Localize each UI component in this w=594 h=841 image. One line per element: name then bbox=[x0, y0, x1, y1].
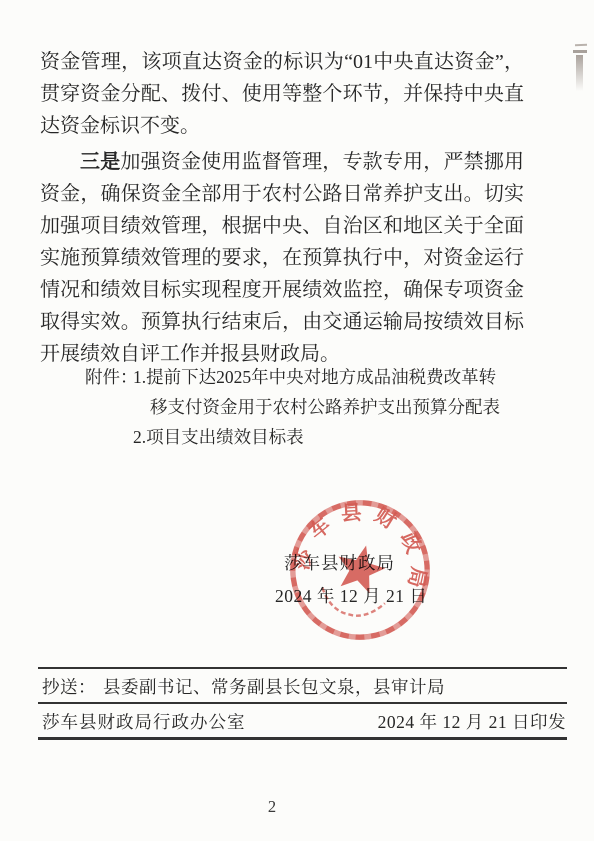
issuing-office: 莎车县财政局行政办公室 bbox=[42, 709, 246, 734]
paragraph-third-point: 三是加强资金使用监督管理，专款专用，严禁挪用资金，确保资金全部用于农村公路日常养… bbox=[40, 146, 524, 370]
seal-bottom-script bbox=[318, 588, 385, 623]
cc-recipients: 县委副书记、常务副县长包文泉，县审计局 bbox=[103, 677, 445, 697]
star-icon bbox=[332, 540, 390, 596]
paragraph-lead-in: 三是 bbox=[80, 151, 120, 173]
footer-rule-top bbox=[38, 667, 567, 669]
official-seal-graphic: 莎车县财政局 bbox=[272, 482, 449, 659]
attachments-list: 1.提前下达2025年中央对地方成品油税费改革转 移支付资金用于农村公路养护支出… bbox=[133, 362, 513, 452]
attachment-item-1-line-1: 1.提前下达2025年中央对地方成品油税费改革转 bbox=[133, 362, 513, 392]
scan-artifact-dash bbox=[573, 50, 587, 53]
scan-artifact-streak bbox=[576, 55, 583, 91]
footer-rule-bottom bbox=[38, 737, 567, 740]
document-body: 资金管理，该项直达资金的标识为“01中央直达资金”，贯穿资金分配、拨付、使用等整… bbox=[40, 46, 524, 370]
attachment-item-1-line-2: 移支付资金用于农村公路养护支出预算分配表 bbox=[133, 392, 513, 422]
official-seal: 莎车县财政局 bbox=[272, 482, 449, 659]
cc-label: 抄送： bbox=[42, 677, 96, 697]
attachment-item-2: 2.项目支出绩效目标表 bbox=[133, 422, 513, 452]
cc-line: 抄送：县委副书记、常务副县长包文泉，县审计局 bbox=[42, 674, 445, 699]
attachments-label: 附件： bbox=[85, 362, 138, 392]
paragraph-text: 加强资金使用监督管理，专款专用，严禁挪用资金，确保资金全部用于农村公路日常养护支… bbox=[40, 151, 524, 365]
scanned-document-page: 资金管理，该项直达资金的标识为“01中央直达资金”，贯穿资金分配、拨付、使用等整… bbox=[0, 0, 594, 841]
scan-artifact-dash bbox=[575, 44, 587, 46]
paragraph-continuation: 资金管理，该项直达资金的标识为“01中央直达资金”，贯穿资金分配、拨付、使用等整… bbox=[40, 46, 524, 142]
footer-rule-middle bbox=[38, 702, 567, 704]
page-number: 2 bbox=[262, 797, 282, 817]
print-date: 2024 年 12 月 21 日印发 bbox=[378, 709, 566, 734]
